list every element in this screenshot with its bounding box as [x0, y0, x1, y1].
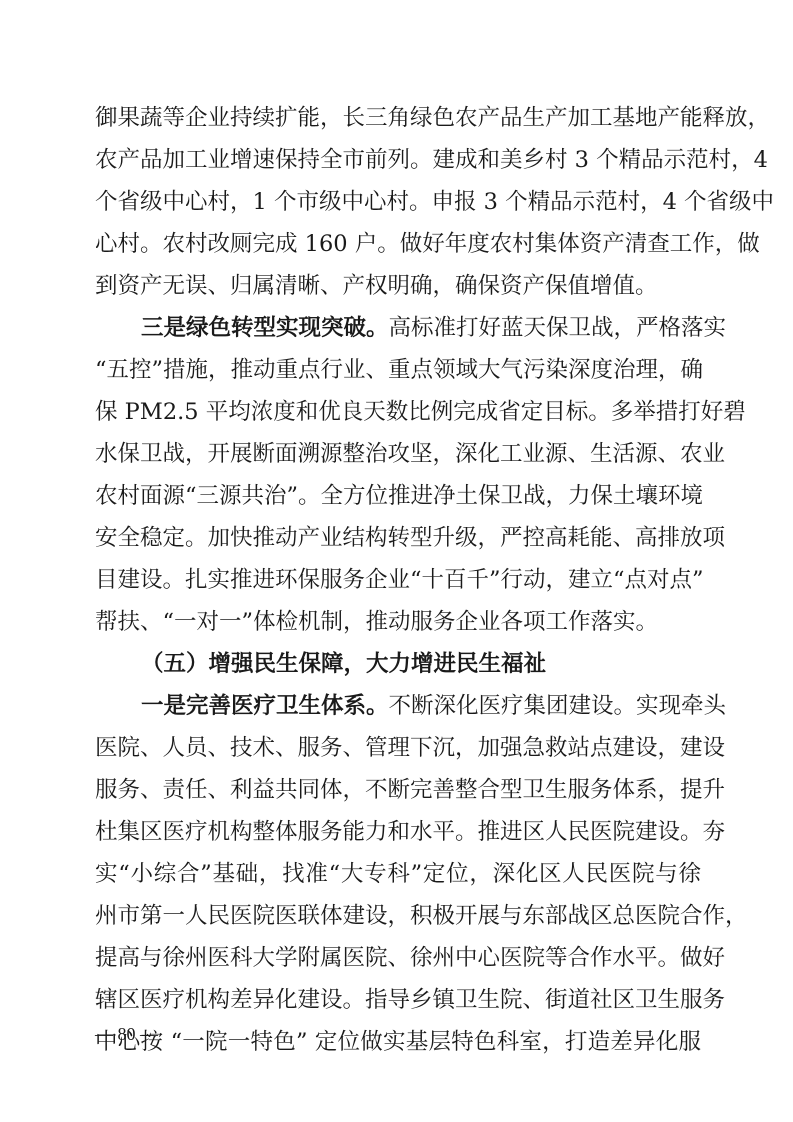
text-line: 保 PM2.5 平均浓度和优良天数比例完成省定目标。多举措打好碧 [95, 391, 701, 433]
text-line: 安全稳定。加快推动产业结构转型升级，严控高耗能、高排放项 [95, 517, 701, 559]
text-line: 服务、责任、利益共同体，不断完善整合型卫生服务体系，提升 [95, 769, 701, 811]
section-heading: （五）增强民生保障，大力增进民生福祉 [95, 643, 701, 685]
paragraph-first-line: 三是绿色转型实现突破。高标准打好蓝天保卫战，严格落实 [95, 307, 701, 349]
text-span: 不断深化医疗集团建设。实现牵头 [389, 693, 727, 719]
text-line: 医院、人员、技术、服务、管理下沉，加强急救站点建设，建设 [95, 727, 701, 769]
text-span: 高标准打好蓝天保卫战，严格落实 [389, 315, 727, 341]
paragraph-lead: 三是绿色转型实现突破。 [141, 315, 389, 341]
document-body: 御果蔬等企业持续扩能，长三角绿色农产品生产加工基地产能释放， 农产品加工业增速保… [95, 97, 701, 1063]
text-line: 辖区医疗机构差异化建设。指导乡镇卫生院、街道社区卫生服务 [95, 979, 701, 1021]
text-line: 实“小综合”基础，找准“大专科”定位，深化区人民医院与徐 [95, 853, 701, 895]
text-line: “五控”措施，推动重点行业、重点领域大气污染深度治理，确 [95, 349, 701, 391]
text-line: 中心按 “一院一特色” 定位做实基层特色科室，打造差异化服 [95, 1021, 701, 1063]
text-line: 御果蔬等企业持续扩能，长三角绿色农产品生产加工基地产能释放， [95, 97, 701, 139]
paragraph-first-line: 一是完善医疗卫生体系。不断深化医疗集团建设。实现牵头 [95, 685, 701, 727]
text-line: 帮扶、“一对一”体检机制，推动服务企业各项工作落实。 [95, 601, 701, 643]
text-line: 到资产无误、归属清晰、产权明确，确保资产保值增值。 [95, 265, 701, 307]
page-number: — 80 — [95, 1024, 158, 1045]
paragraph-lead: 一是完善医疗卫生体系。 [141, 693, 389, 719]
text-line: 农产品加工业增速保持全市前列。建成和美乡村 3 个精品示范村，4 [95, 139, 701, 181]
text-line: 心村。农村改厕完成 160 户。做好年度农村集体资产清查工作，做 [95, 223, 701, 265]
text-line: 提高与徐州医科大学附属医院、徐州中心医院等合作水平。做好 [95, 937, 701, 979]
text-line: 州市第一人民医院医联体建设，积极开展与东部战区总医院合作， [95, 895, 701, 937]
text-line: 杜集区医疗机构整体服务能力和水平。推进区人民医院建设。夯 [95, 811, 701, 853]
text-line: 农村面源“三源共治”。全方位推进净土保卫战，力保土壤环境 [95, 475, 701, 517]
text-line: 水保卫战，开展断面溯源整治攻坚，深化工业源、生活源、农业 [95, 433, 701, 475]
text-line: 目建设。扎实推进环保服务企业“十百千”行动，建立“点对点” [95, 559, 701, 601]
text-line: 个省级中心村，1 个市级中心村。申报 3 个精品示范村，4 个省级中 [95, 181, 701, 223]
